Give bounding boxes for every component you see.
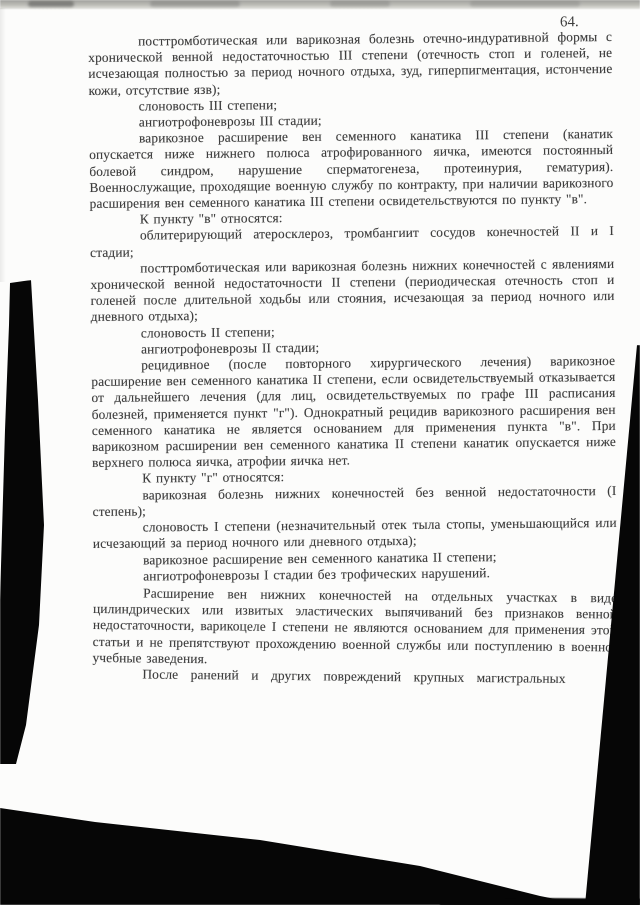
- scan-artifact-left: [0, 280, 46, 766]
- paragraph: слоновость I степени (незначительный оте…: [93, 515, 617, 552]
- paragraph: рецидивное (после повторного хирургическ…: [91, 353, 616, 471]
- scan-smudge: [28, 1, 74, 7]
- paragraph-group-skewed: Расширение вен нижних конечностей на отд…: [92, 585, 617, 688]
- scan-smudge: [470, 1, 580, 7]
- paragraph: варикозное расширение вен семенного кана…: [89, 126, 614, 212]
- paragraph: варикозная болезнь нижних конечностей бе…: [92, 483, 616, 520]
- scan-smudge: [330, 1, 390, 7]
- paragraph: Расширение вен нижних конечностей на отд…: [92, 585, 617, 671]
- scanned-page: 64. посттромботическая или варикозная бо…: [0, 0, 640, 905]
- scan-artifact-bottom: [0, 800, 570, 905]
- scan-smudge: [150, 1, 240, 7]
- paragraph: посттромботическая или варикозная болезн…: [88, 29, 613, 99]
- scan-artifact-bottom-strip: [440, 897, 640, 905]
- scan-edge-top: [0, 0, 640, 9]
- paragraph: облитерирующий атеросклероз, тромбангиит…: [90, 223, 614, 260]
- paragraph: посттромботическая или варикозная болезн…: [90, 256, 615, 326]
- scan-edge-shade: [0, 8, 6, 282]
- document-text: посттромботическая или варикозная болезн…: [88, 29, 618, 682]
